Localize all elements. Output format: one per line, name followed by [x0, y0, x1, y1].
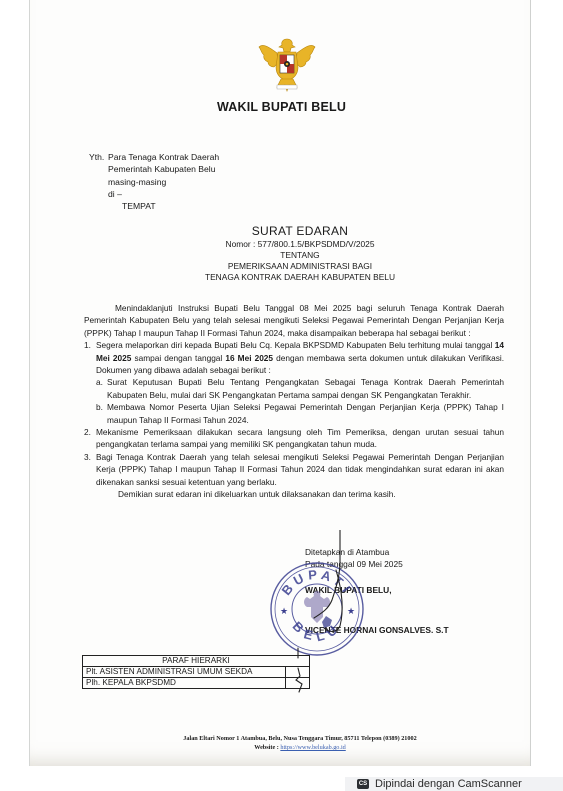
sublist-letter: a. [96, 376, 107, 401]
letter-number: Nomor : 577/800.1.5/BKPSDMD/V/2025 [0, 239, 563, 250]
addressee-line: di – [89, 188, 122, 200]
list-item: 2. Mekanisme Pemeriksaan dilakukan secar… [84, 426, 504, 451]
letterhead-title: WAKIL BUPATI BELU [0, 100, 563, 114]
addressee-prefix: Yth. [89, 151, 106, 163]
letter-body: Menindaklanjuti Instruksi Bupati Belu Ta… [84, 302, 504, 501]
website-link[interactable]: https://www.belukab.go.id [280, 744, 345, 751]
handwritten-signature-icon [270, 530, 360, 720]
document-sublist: a. Surat Keputusan Bupati Belu Tentang P… [96, 376, 504, 426]
closing-paragraph: Demikian surat edaran ini dikeluarkan un… [84, 488, 504, 500]
addressee-line: Para Tenaga Kontrak Daerah [106, 151, 219, 163]
list-item: 1. Segera melaporkan diri kepada Bupati … [84, 339, 504, 426]
subject-line: TENAGA KONTRAK DAERAH KABUPATEN BELU [0, 272, 563, 283]
garuda-emblem-icon [255, 33, 319, 95]
paraf-hierarchy-table: PARAF HIERARKI Plt. ASISTEN ADMINISTRASI… [82, 655, 310, 689]
paraf-initial-cell [286, 678, 310, 689]
sublist-item: b. Membawa Nomor Peserta Ujian Seleksi P… [96, 401, 504, 426]
list-number: 3. [84, 451, 96, 488]
sublist-text: Surat Keputusan Bupati Belu Tentang Peng… [107, 376, 504, 401]
sublist-letter: b. [96, 401, 107, 426]
intro-paragraph: Menindaklanjuti Instruksi Bupati Belu Ta… [84, 302, 504, 339]
office-address: Jalan Eltari Nomor 1 Atambua, Belu, Nusa… [0, 734, 563, 743]
addressee-line: masing-masing [89, 176, 166, 188]
addressee-block: Yth. Para Tenaga Kontrak Daerah Pemerint… [89, 151, 219, 212]
paraf-initial-cell [286, 667, 310, 678]
table-row: Plt. ASISTEN ADMINISTRASI UMUM SEKDA [83, 667, 310, 678]
letter-footer: Jalan Eltari Nomor 1 Atambua, Belu, Nusa… [0, 734, 563, 752]
addressee-line: Pemerintah Kabupaten Belu [89, 163, 216, 175]
camscanner-logo-icon: CS [357, 779, 369, 789]
website-label: Website : [254, 744, 280, 751]
sublist-text: Membawa Nomor Peserta Ujian Seleksi Pega… [107, 401, 504, 426]
list-item: 3. Bagi Tenaga Kontrak Daerah yang telah… [84, 451, 504, 488]
paraf-header: PARAF HIERARKI [83, 656, 310, 667]
list-text: Bagi Tenaga Kontrak Daerah yang telah se… [96, 451, 504, 488]
about-label: TENTANG [0, 250, 563, 261]
sublist-item: a. Surat Keputusan Bupati Belu Tentang P… [96, 376, 504, 401]
list-text: Mekanisme Pemeriksaan dilakukan secara l… [96, 426, 504, 451]
title-block: SURAT EDARAN Nomor : 577/800.1.5/BKPSDMD… [0, 224, 563, 283]
letter-type-title: SURAT EDARAN [0, 224, 563, 238]
list-text: Segera melaporkan diri kepada Bupati Bel… [96, 340, 495, 350]
camscanner-watermark: CS Dipindai dengan CamScanner [345, 777, 563, 791]
list-number: 2. [84, 426, 96, 451]
end-date: 16 Mei 2025 [225, 353, 273, 363]
instruction-list: 1. Segera melaporkan diri kepada Bupati … [84, 339, 504, 488]
subject-line: PEMERIKSAAN ADMINISTRASI BAGI [0, 261, 563, 272]
list-number: 1. [84, 339, 96, 426]
camscanner-text: Dipindai dengan CamScanner [375, 778, 522, 790]
addressee-place: TEMPAT [89, 200, 156, 212]
paraf-label: Plt. ASISTEN ADMINISTRASI UMUM SEKDA [83, 667, 286, 678]
table-row: Plh. KEPALA BKPSDMD [83, 678, 310, 689]
list-text: sampai dengan tanggal [131, 353, 225, 363]
paraf-label: Plh. KEPALA BKPSDMD [83, 678, 286, 689]
